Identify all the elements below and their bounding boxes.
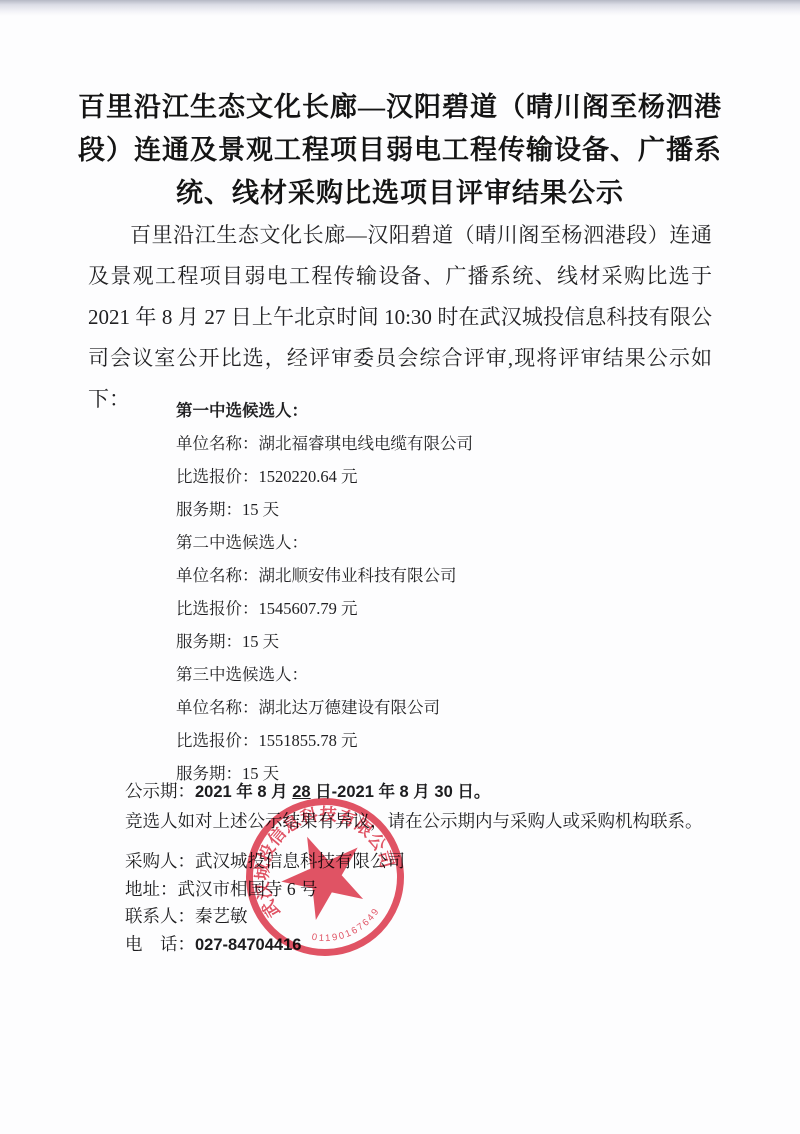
address-row: 地址：武汉市相国寺 6 号 [125, 876, 545, 904]
phone-row: 电 话：027-84704416 [125, 931, 545, 960]
candidate-block-3: 第三中选候选人： 单位名称：湖北达万德建设有限公司 比选报价：1551855.7… [176, 658, 656, 790]
candidate-1-price: 比选报价：1520220.64 元 [176, 460, 656, 493]
candidate-list: 第一中选候选人： 单位名称：湖北福睿琪电线电缆有限公司 比选报价：1520220… [176, 394, 656, 790]
publicity-date-part2: 日-2021 年 8 月 30 日。 [311, 783, 491, 801]
address-value: 武汉市相国寺 6 号 [178, 879, 318, 899]
document-title: 百里沿江生态文化长廊—汉阳碧道（晴川阁至杨泗港 段）连通及景观工程项目弱电工程传… [60, 86, 740, 215]
buyer-row: 采购人：武汉城投信息科技有限公司 [125, 848, 545, 876]
candidate-2-unit: 单位名称：湖北顺安伟业科技有限公司 [176, 559, 656, 592]
publicity-date-part1: 2021 年 8 月 [195, 783, 292, 801]
contact-block: 采购人：武汉城投信息科技有限公司 地址：武汉市相国寺 6 号 联系人：秦艺敏 电… [125, 848, 545, 959]
publicity-period-line: 公示期：2021 年 8 月 28 日-2021 年 8 月 30 日。 [125, 777, 725, 807]
contact-person-row: 联系人：秦艺敏 [125, 903, 545, 931]
publicity-date-underlined: 28 [292, 783, 310, 801]
candidate-2-heading: 第二中选候选人： [176, 526, 656, 559]
phone-label: 电 话： [125, 934, 195, 954]
title-line-2: 段）连通及景观工程项目弱电工程传输设备、广播系 [60, 129, 740, 172]
title-line-1: 百里沿江生态文化长廊—汉阳碧道（晴川阁至杨泗港 [60, 86, 740, 129]
scanned-announcement-page: 百里沿江生态文化长廊—汉阳碧道（晴川阁至杨泗港 段）连通及景观工程项目弱电工程传… [0, 0, 800, 1134]
buyer-label: 采购人： [125, 851, 195, 871]
publicity-notice: 公示期：2021 年 8 月 28 日-2021 年 8 月 30 日。 竞选人… [125, 777, 725, 835]
candidate-1-heading: 第一中选候选人： [176, 394, 656, 427]
title-line-3: 统、线材采购比选项目评审结果公示 [60, 172, 740, 215]
candidate-2-service: 服务期：15 天 [176, 625, 656, 658]
candidate-2-price: 比选报价：1545607.79 元 [176, 592, 656, 625]
buyer-value: 武汉城投信息科技有限公司 [195, 851, 405, 871]
candidate-3-unit: 单位名称：湖北达万德建设有限公司 [176, 691, 656, 724]
scan-edge-artifact [0, 0, 800, 16]
intro-paragraph: 百里沿江生态文化长廊—汉阳碧道（晴川阁至杨泗港段）连通及景观工程项目弱电工程传输… [88, 215, 712, 420]
contact-person-label: 联系人： [125, 906, 195, 926]
publicity-period-label: 公示期： [125, 781, 195, 801]
contact-person-value: 秦艺敏 [195, 906, 248, 926]
objection-line: 竞选人如对上述公示结果有异议，请在公示期内与采购人或采购机构联系。 [125, 807, 725, 836]
candidate-block-1: 第一中选候选人： 单位名称：湖北福睿琪电线电缆有限公司 比选报价：1520220… [176, 394, 656, 526]
phone-value: 027-84704416 [195, 936, 301, 954]
candidate-3-price: 比选报价：1551855.78 元 [176, 724, 656, 757]
candidate-1-service: 服务期：15 天 [176, 493, 656, 526]
address-label: 地址： [125, 879, 178, 899]
candidate-block-2: 第二中选候选人： 单位名称：湖北顺安伟业科技有限公司 比选报价：1545607.… [176, 526, 656, 658]
candidate-1-unit: 单位名称：湖北福睿琪电线电缆有限公司 [176, 427, 656, 460]
candidate-3-heading: 第三中选候选人： [176, 658, 656, 691]
